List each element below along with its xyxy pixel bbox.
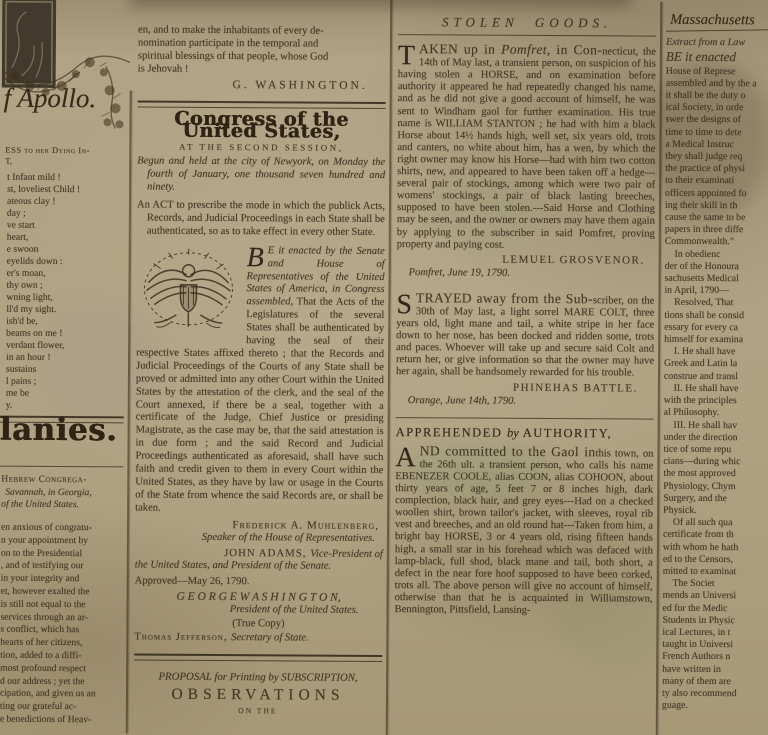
observations-title: OBSERVATIONS [134, 688, 382, 702]
eagle-woodcut [136, 246, 241, 335]
pomfret-dateline: Pomfret, June 19, 1790. [409, 267, 655, 281]
act-title: An ACT to prescribe the mode in which th… [137, 199, 385, 239]
apprehended-heading: APPREHENDED by AUTHORITY, [396, 426, 654, 440]
battle-signature: PHINEHAS BATTLE. [396, 381, 638, 395]
washington-signature: G. WASHINGTON. [138, 78, 368, 92]
enacting-clause: BE it enacted by the Senate and House of… [135, 244, 385, 517]
adams-title-rest: the United States, and President of the … [135, 560, 383, 574]
strayed-body: scriber, on the 30th of May last, a ligh… [396, 295, 655, 379]
newspaper-page-scan: f Apollo. ESS to her Dying In- T, t Infa… [0, 0, 768, 735]
orange-dateline: Orange, June 14th, 1790. [408, 395, 654, 409]
letter-fragment-lines: en anxious of congratu- n your appointme… [0, 522, 97, 727]
column-rule [656, 2, 662, 735]
section-heading-fragment: lanies. [0, 424, 117, 437]
washington-letter-close: en, and to make the inhabitants of every… [138, 24, 386, 77]
stolen-goods-column: STOLEN GOODS. TAKEN up in Pomfret, in Co… [394, 0, 656, 618]
apprehended-heading-a: APPREHENDED [396, 425, 508, 440]
apprehended-dropcap: A [395, 445, 419, 470]
on-the-line: ON THE [134, 704, 382, 718]
washington-president-title: President of the United States. [134, 604, 358, 618]
apprehended-notice: AND committed to the Gaol inthis town, o… [394, 445, 653, 618]
proposal-line: PROPOSAL for Printing by SUBSCRIPTION, [134, 670, 382, 684]
left-column: f Apollo. ESS to her Dying In- T, t Infa… [0, 0, 128, 733]
masthead-fragment: f Apollo. [4, 92, 97, 105]
strayed-notice: STRAYED away from the Sub-scriber, on th… [396, 292, 655, 380]
taken-lead-b: , in Con- [547, 42, 602, 57]
muhlenberg-title: Speaker of the House of Representatives. [135, 531, 375, 545]
taken-place: Pomfret [501, 42, 547, 57]
poem-fragment-lines: t Infant mild ! st, loveliest Child ! at… [6, 172, 80, 412]
heading-rule [666, 29, 768, 32]
congregation-place-2: of the United States. [1, 499, 79, 511]
apprehended-heading-b: AUTHORITY, [519, 426, 612, 441]
column-rule [386, 0, 392, 735]
massachusetts-heading: Massachusetts [670, 14, 768, 27]
session-dateline: Begun and held at the city of Newyork, o… [137, 156, 385, 196]
adams-signature: JOHN ADAMS, [224, 547, 310, 560]
taken-body: necticut, the 14th of May last, a transi… [397, 46, 656, 250]
apprehended-heading-by: by [507, 425, 519, 439]
adams-title-lead: Vice-President of [310, 548, 383, 559]
apprehended-lead: ND committed to the Gaol in [420, 443, 596, 459]
congress-column: en, and to make the inhabitants of every… [134, 0, 386, 719]
enacted-dropcap: B [247, 245, 268, 270]
extract-line: Extract from a Law [666, 37, 768, 50]
true-copy-line: (True Copy) [134, 618, 382, 632]
heading-rule [398, 34, 656, 37]
poem-caption-2: T, [5, 155, 12, 167]
strayed-dropcap: S [396, 292, 416, 317]
congregation-place: Savannah, in Georgia, [5, 487, 92, 500]
strayed-lead: TRAYED away from the Sub- [416, 290, 593, 306]
grosvenor-signature: LEMUEL GROSVENOR. [397, 253, 645, 267]
taken-lead: AKEN up in [419, 41, 501, 57]
massachusetts-column: Massachusetts Extract from a Law BE it e… [662, 2, 768, 713]
poem-caption: ESS to her Dying In- [5, 144, 90, 157]
session-line: AT THE SECOND SESSION, [137, 141, 385, 155]
apprehended-body: this town, on the 26th ult. a transient … [394, 448, 653, 616]
thin-rule [0, 466, 123, 468]
law-fragment-lines: House of Represe assembled and by the a … [662, 65, 768, 712]
taken-notice: TAKEN up in Pomfret, in Con-necticut, th… [397, 43, 656, 252]
approved-line: Approved—May 26, 1790. [135, 576, 383, 590]
section-rule [396, 417, 654, 420]
congregation-line: Hebrew Congrega- [1, 474, 87, 487]
taken-dropcap: T [398, 43, 419, 68]
article-divider [134, 653, 382, 662]
congress-heading: Congress of the United States, [137, 112, 385, 139]
stolen-goods-heading: STOLEN GOODS. [398, 16, 656, 30]
jefferson-title: Secretary of State. [231, 632, 309, 643]
jefferson-signature: Thomas Jefferson, [134, 631, 231, 643]
enacted-lede: BE it enacted [666, 51, 768, 64]
